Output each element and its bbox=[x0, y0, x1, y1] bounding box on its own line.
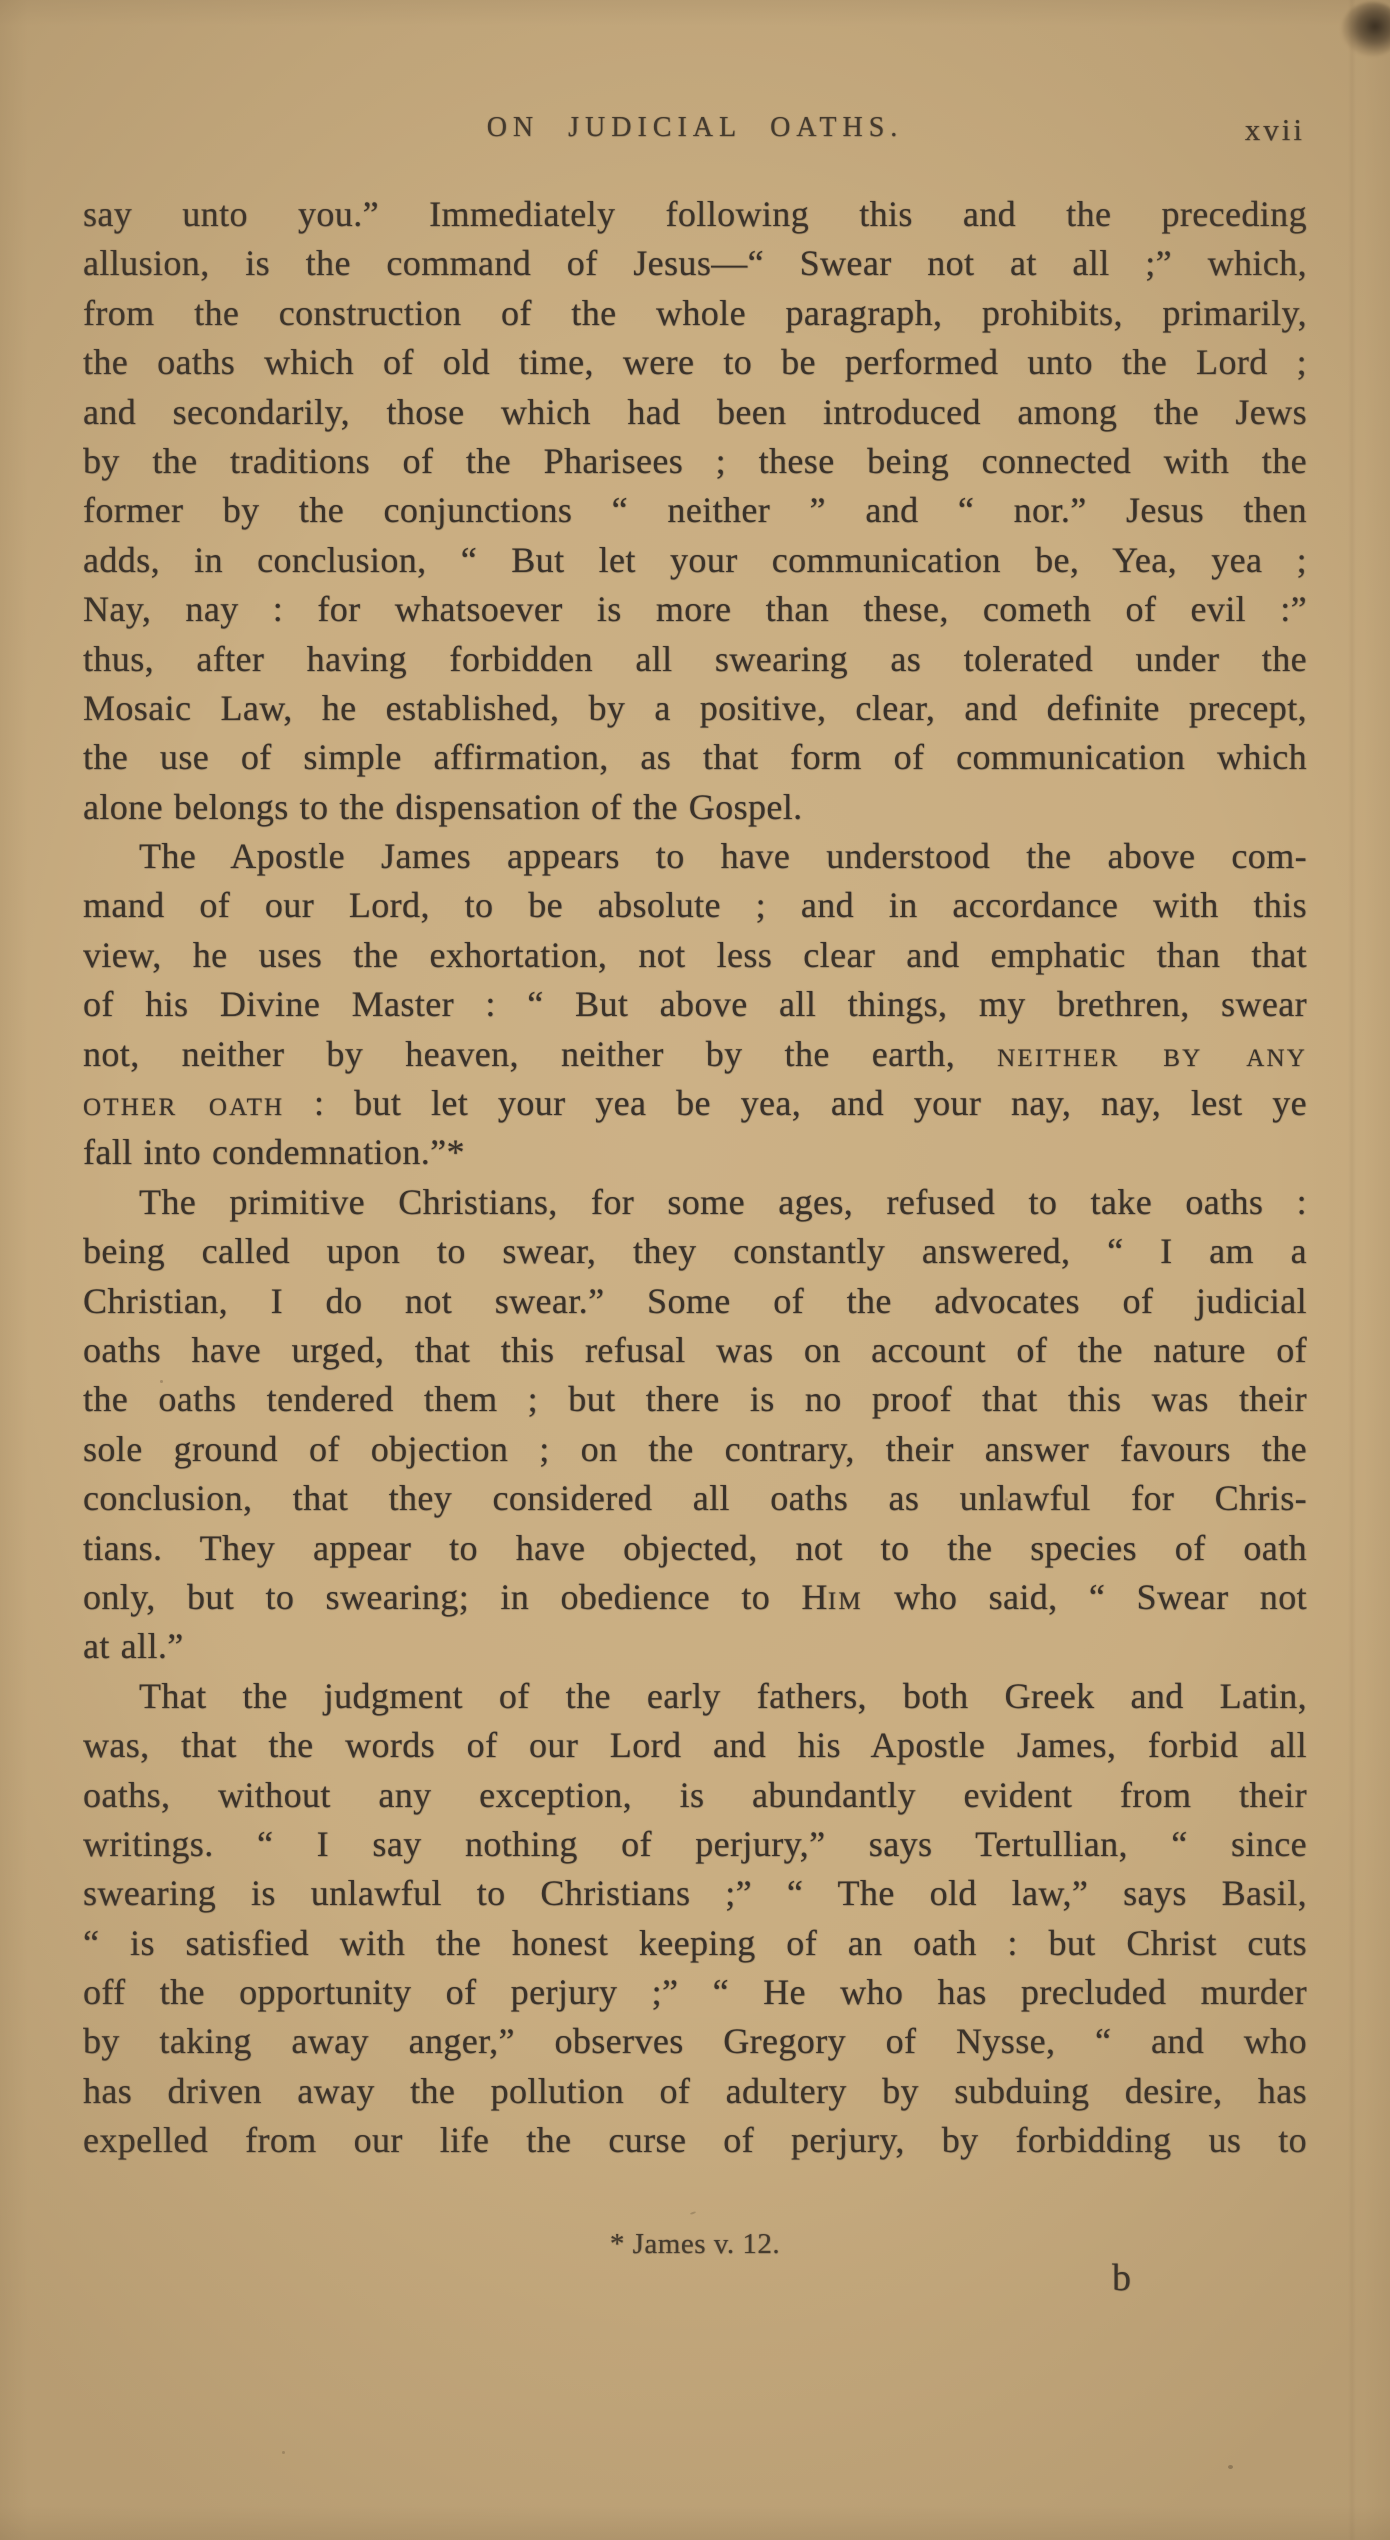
text-segment: was, that the words of our Lord and his … bbox=[83, 1725, 1307, 1765]
text-segment: : but let your yea be yea, and your nay,… bbox=[284, 1083, 1307, 1123]
text-segment: the use of simple affirmation, as that f… bbox=[83, 737, 1307, 777]
text-line: other oath : but let your yea be yea, an… bbox=[83, 1079, 1307, 1128]
text-line: writings. “ I say nothing of perjury,” s… bbox=[83, 1820, 1307, 1869]
text-line: expelled from our life the curse of perj… bbox=[83, 2116, 1307, 2165]
text-segment: fall into condemnation.”* bbox=[83, 1132, 465, 1172]
text-line: by taking away anger,” observes Gregory … bbox=[83, 2017, 1307, 2066]
text-segment: allusion, is the command of Jesus—“ Swea… bbox=[83, 243, 1307, 283]
text-segment: by the traditions of the Pharisees ; the… bbox=[83, 441, 1307, 481]
text-segment: tians. They appear to have objected, not… bbox=[83, 1528, 1307, 1568]
text-segment: being called upon to swear, they constan… bbox=[83, 1231, 1307, 1271]
text-segment: Christian, I do not swear.” Some of the … bbox=[83, 1281, 1307, 1321]
text-line: has driven away the pollution of adulter… bbox=[83, 2067, 1307, 2116]
text-segment: who said, “ Swear not bbox=[863, 1577, 1307, 1617]
signature-mark: b bbox=[1112, 2256, 1131, 2300]
text-line: at all.” bbox=[83, 1622, 1307, 1671]
text-line: only, but to swearing; in obedience to H… bbox=[83, 1573, 1307, 1622]
text-line: adds, in conclusion, “ But let your comm… bbox=[83, 536, 1307, 585]
text-line: and secondarily, those which had been in… bbox=[83, 388, 1307, 437]
text-segment: the oaths tendered them ; but there is n… bbox=[83, 1379, 1307, 1419]
text-segment: The primitive Christians, for some ages,… bbox=[139, 1182, 1307, 1222]
text-line: was, that the words of our Lord and his … bbox=[83, 1721, 1307, 1770]
text-line: Christian, I do not swear.” Some of the … bbox=[83, 1277, 1307, 1326]
text-segment: adds, in conclusion, “ But let your comm… bbox=[83, 540, 1307, 580]
text-line: of his Divine Master : “ But above all t… bbox=[83, 980, 1307, 1029]
text-segment: only, but to swearing; in obedience to H bbox=[83, 1577, 828, 1617]
text-segment: off the opportunity of perjury ;” “ He w… bbox=[83, 1972, 1307, 2012]
text-line: fall into condemnation.”* bbox=[83, 1128, 1307, 1177]
text-segment: not, neither by heaven, neither by the e… bbox=[83, 1034, 997, 1074]
text-line: the use of simple affirmation, as that f… bbox=[83, 733, 1307, 782]
text-line: being called upon to swear, they constan… bbox=[83, 1227, 1307, 1276]
text-line: former by the conjunctions “ neither ” a… bbox=[83, 486, 1307, 535]
text-line: swearing is unlawful to Christians ;” “ … bbox=[83, 1869, 1307, 1918]
text-line: sole ground of objection ; on the contra… bbox=[83, 1425, 1307, 1474]
running-title: ON JUDICIAL OATHS. bbox=[83, 112, 1307, 144]
text-line: off the opportunity of perjury ;” “ He w… bbox=[83, 1968, 1307, 2017]
text-line: alone belongs to the dispensation of the… bbox=[83, 783, 1307, 832]
text-segment: swearing is unlawful to Christians ;” “ … bbox=[83, 1873, 1307, 1913]
smallcaps-text: neither by any bbox=[997, 1034, 1307, 1074]
body-text: say unto you.” Immediately following thi… bbox=[83, 190, 1307, 2166]
text-segment: conclusion, that they considered all oat… bbox=[83, 1478, 1307, 1518]
text-line: allusion, is the command of Jesus—“ Swea… bbox=[83, 239, 1307, 288]
page-header: ON JUDICIAL OATHS. xvii bbox=[83, 112, 1307, 158]
text-line: not, neither by heaven, neither by the e… bbox=[83, 1030, 1307, 1079]
text-segment: “ is satisfied with the honest keeping o… bbox=[83, 1923, 1307, 1963]
text-line: the oaths tendered them ; but there is n… bbox=[83, 1375, 1307, 1424]
text-line: the oaths which of old time, were to be … bbox=[83, 338, 1307, 387]
text-line: oaths have urged, that this refusal was … bbox=[83, 1326, 1307, 1375]
text-segment: the oaths which of old time, were to be … bbox=[83, 342, 1307, 382]
text-line: say unto you.” Immediately following thi… bbox=[83, 190, 1307, 239]
text-segment: view, he uses the exhortation, not less … bbox=[83, 935, 1307, 975]
text-line: Nay, nay : for whatsoever is more than t… bbox=[83, 585, 1307, 634]
text-line: “ is satisfied with the honest keeping o… bbox=[83, 1919, 1307, 1968]
text-segment: expelled from our life the curse of perj… bbox=[83, 2120, 1307, 2160]
page-number: xvii bbox=[1245, 112, 1305, 148]
text-segment: thus, after having forbidden all swearin… bbox=[83, 639, 1307, 679]
paper-speck bbox=[1228, 2465, 1233, 2469]
text-line: The primitive Christians, for some ages,… bbox=[83, 1178, 1307, 1227]
text-line: by the traditions of the Pharisees ; the… bbox=[83, 437, 1307, 486]
text-line: The Apostle James appears to have unders… bbox=[83, 832, 1307, 881]
text-segment: say unto you.” Immediately following thi… bbox=[83, 194, 1307, 234]
text-segment: at all.” bbox=[83, 1626, 184, 1666]
text-line: Mosaic Law, he established, by a positiv… bbox=[83, 684, 1307, 733]
text-segment: of his Divine Master : “ But above all t… bbox=[83, 984, 1307, 1024]
text-segment: former by the conjunctions “ neither ” a… bbox=[83, 490, 1307, 530]
text-line: from the construction of the whole parag… bbox=[83, 289, 1307, 338]
text-line: That the judgment of the early fathers, … bbox=[83, 1672, 1307, 1721]
text-line: mand of our Lord, to be absolute ; and i… bbox=[83, 881, 1307, 930]
text-segment: from the construction of the whole parag… bbox=[83, 293, 1307, 333]
text-line: thus, after having forbidden all swearin… bbox=[83, 635, 1307, 684]
text-segment: alone belongs to the dispensation of the… bbox=[83, 787, 803, 827]
text-line: conclusion, that they considered all oat… bbox=[83, 1474, 1307, 1523]
text-segment: mand of our Lord, to be absolute ; and i… bbox=[83, 885, 1307, 925]
text-segment: sole ground of objection ; on the contra… bbox=[83, 1429, 1307, 1469]
text-segment: by taking away anger,” observes Gregory … bbox=[83, 2021, 1307, 2061]
book-page: ON JUDICIAL OATHS. xvii say unto you.” I… bbox=[0, 0, 1390, 2540]
smallcaps-text: other oath bbox=[83, 1083, 284, 1123]
ink-blot bbox=[1342, 2, 1390, 56]
paper-speck bbox=[282, 2451, 285, 2454]
paper-speck bbox=[690, 2211, 696, 2215]
text-segment: has driven away the pollution of adulter… bbox=[83, 2071, 1307, 2111]
text-line: tians. They appear to have objected, not… bbox=[83, 1524, 1307, 1573]
text-segment: Mosaic Law, he established, by a positiv… bbox=[83, 688, 1307, 728]
text-segment: writings. “ I say nothing of perjury,” s… bbox=[83, 1824, 1307, 1864]
text-segment: Nay, nay : for whatsoever is more than t… bbox=[83, 589, 1307, 629]
text-segment: oaths, without any exception, is abundan… bbox=[83, 1775, 1307, 1815]
text-line: oaths, without any exception, is abundan… bbox=[83, 1771, 1307, 1820]
text-segment: and secondarily, those which had been in… bbox=[83, 392, 1307, 432]
smallcaps-text: im bbox=[828, 1577, 863, 1617]
text-segment: The Apostle James appears to have unders… bbox=[139, 836, 1307, 876]
text-segment: That the judgment of the early fathers, … bbox=[139, 1676, 1307, 1716]
text-line: view, he uses the exhortation, not less … bbox=[83, 931, 1307, 980]
text-segment: oaths have urged, that this refusal was … bbox=[83, 1330, 1307, 1370]
